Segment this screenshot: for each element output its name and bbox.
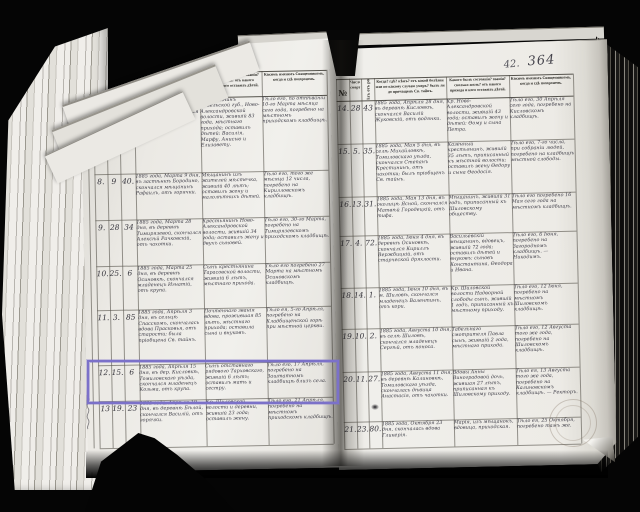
entry-burial-cell-text: Тѣло его, 12 Августа того же года, погре… (515, 324, 579, 354)
entry-when-cell-text: 1885 года, Октября 23 дня, скончалась вд… (382, 419, 454, 437)
row-day-cell: 9 (107, 174, 121, 220)
entry-when-cell: 1885 года, Августа 11 дня, въ деревнѣ Ка… (381, 369, 454, 421)
entry-when-cell-text: 1885 года, Августа 11 дня, въ деревнѣ Ка… (381, 369, 453, 399)
row-age-cell-text: 31. (364, 196, 377, 208)
row-age-cell: 43 (361, 100, 375, 143)
entry-when-cell-text: 1885 года, Марта 28 дня, въ деревнѣ Тими… (136, 218, 202, 247)
row-age-cell: 31. (364, 196, 378, 235)
book-scan-photo: 363 №Число смертиЛѣтъ отъ родуКогда? гдѣ… (0, 0, 640, 512)
entry-burial-cell: Тѣло его, 6 Іюня, погребено на Загородно… (513, 231, 578, 284)
entry-burial-cell-text: Тѣло его, 12 Іюня, погребено на мѣстномъ… (514, 283, 578, 313)
row-day-cell: 13. (352, 196, 365, 235)
row-no-cell: 18. (341, 288, 355, 329)
table-row: 11.3.851885 года, Апрѣля 3 дня, въ сельц… (97, 306, 332, 365)
entry-status-cell-text: Крестьянинъ Ново-Александровской волости… (202, 217, 264, 246)
entry-status-cell-text: Мѣщанинъ, жившій 31 годъ, приписанный къ… (449, 193, 512, 217)
row-age-cell-text: 35. (362, 143, 375, 155)
table-row: 15.5.35.1885 года, Мая 5 дня, въ селѣ Ми… (337, 139, 575, 197)
entry-when-cell: 1885 года, Апрѣля 3 дня, въ сельцѣ Спасс… (138, 308, 205, 364)
row-day-cell-text: 13. (352, 196, 364, 208)
entry-burial-cell: Тѣло его погребено 27 Марта на мѣстномъ … (265, 262, 331, 307)
column-header-label: Какого былъ состоянія? званія? сколько ж… (447, 76, 508, 93)
row-day-cell: 14. (354, 287, 367, 328)
entry-status-cell-text: Марія, изъ мѣщанокъ, вдовица, приходская… (454, 418, 517, 431)
entry-burial-cell: Тѣло его, 30 Апрѣля сего года, погребено… (509, 96, 574, 140)
entry-status-cell-text: Мѣщанинъ изъ жителей мѣстечка, жившій 40… (201, 171, 263, 200)
entry-when-cell: 1885 года, Іюня 4 дня, въ деревнѣ Осинов… (378, 234, 451, 288)
table-row: 18.14.1.1885 года, Іюня 10 дня, въ м. Ши… (341, 283, 579, 329)
entry-status-cell-text: Кр. Ново-Александровской волости, жившій… (446, 97, 509, 132)
table-row: 9.28341885 года, Марта 28 дня, въ деревн… (95, 216, 330, 266)
entry-when-cell: 1885 года, Апрѣля 28 дня, въ деревнѣ Кис… (374, 99, 447, 144)
entry-burial-cell: Тѣло его, 12 Іюня, погребено на мѣстномъ… (514, 283, 579, 325)
entry-burial-cell: Тѣло ея, 5-го Апрѣля, погребено на Кладб… (266, 306, 332, 362)
entry-when-cell: 1885 года, Октября 23 дня, скончалась вд… (382, 419, 455, 448)
entry-burial-cell-text: Тѣло его, 30-го Марта, погребено на Тими… (264, 216, 329, 240)
row-age-cell: 35. (362, 143, 376, 196)
entry-when-cell-text: 1885 года, Іюня 4 дня, въ деревнѣ Осинов… (378, 234, 450, 264)
row-age-cell: 27. (368, 371, 382, 421)
entry-when-cell: 1885 года, Августа 10 дня, въ селѣ Шилов… (380, 327, 453, 372)
entry-status-cell-text: Васильевскій мѣщанинъ, вдовецъ, жившій 7… (450, 232, 514, 273)
column-header-label: Когда? гдѣ? кѣмъ? отъ какой болѣзни или … (375, 78, 445, 95)
row-age-cell: 2. (367, 328, 381, 371)
entry-burial-cell-text: Тѣло его погребено 27 Марта на мѣстномъ … (265, 262, 330, 286)
column-header-day: Число смерти (350, 80, 360, 100)
row-age-cell-text: 43 (361, 100, 374, 112)
row-no-cell: 10. (96, 266, 109, 310)
row-day-cell-text: 28 (108, 220, 122, 232)
row-no-cell-text: 15. (337, 144, 350, 156)
entry-status-cell: Крестьянинъ Ковельской губ., Ново-Алекса… (200, 96, 263, 172)
entry-status-cell-text: Почтеннаго званія вдова, прожившая 85 лѣ… (204, 307, 266, 336)
column-header-burial: Какимъ именемъ Священникомъ, когда и гдѣ… (510, 75, 572, 96)
entry-status-cell-text: Вдовы Анны Виноградовой дочь, жившая 27 … (453, 368, 516, 397)
right-page-corner-note: 42. (503, 58, 520, 70)
column-header-label: Число смерти (350, 80, 360, 90)
entry-when-cell: 1885 года, Марта 9 дня, въ застѣнкѣ Боро… (135, 172, 202, 219)
entry-burial-cell-text: Тѣло его, 7-го числа, при собраніи людей… (510, 139, 574, 163)
entry-burial-cell: Тѣло его, 30-го Марта, погребено на Тими… (264, 216, 330, 263)
entry-burial-cell: Тѣло его погребено 16 Мая сего года на м… (512, 192, 577, 232)
entry-when-cell-text: 1885 года, Марта 9 дня, въ застѣнкѣ Боро… (135, 172, 201, 196)
row-day-cell-text: 28 (349, 100, 361, 112)
column-header-no: № (337, 80, 348, 100)
entry-when-cell: 1885 года, Мая 5 дня, въ селѣ Михайловкѣ… (375, 142, 448, 197)
row-no-cell: 13 (99, 401, 112, 448)
row-age-cell-text: 2. (367, 328, 380, 340)
row-day-cell-text: 10. (355, 328, 367, 340)
table-row: 21.23.80.1885 года, Октября 23 дня, скон… (344, 417, 582, 449)
row-no-cell-text: 14. (336, 101, 349, 113)
entry-status-cell: Кр. Ново-Александровской волости, жившій… (446, 97, 510, 141)
row-age-cell-text: 34 (121, 220, 136, 232)
entry-status-cell-text: Табельнаго смотрителя Павла сынъ, жившій… (452, 325, 515, 349)
entry-burial-cell: Тѣло его, 7-го числа, при собраніи людей… (510, 139, 575, 193)
row-no-cell: 19. (342, 329, 356, 372)
entry-status-cell: Табельнаго смотрителя Павла сынъ, жившій… (452, 325, 516, 369)
entry-burial-cell-text: Тѣло его, по отпѣваніи 10-го Марта мѣсяц… (262, 95, 327, 124)
table-row: 14.28431885 года, Апрѣля 28 дня, въ дере… (336, 96, 574, 144)
row-age-cell: 6 (122, 265, 138, 309)
row-age-cell: 34 (121, 220, 137, 266)
row-no-cell: 15. (337, 144, 351, 197)
entry-status-cell: Крестьянинъ Ново-Александровской волости… (202, 217, 265, 264)
row-day-cell: 19. (111, 401, 125, 448)
row-age-cell: 85 (123, 309, 139, 364)
entry-status-cell: Марія, изъ мѣщанокъ, вдовица, приходская… (454, 418, 518, 446)
entry-when-cell: 1885 года, Мая 13 дня, въ околицѣ Ясной,… (377, 195, 450, 236)
row-day-cell-text: 3. (110, 310, 124, 322)
row-no-cell-text: 10. (96, 266, 109, 278)
row-day-cell-text: 14. (354, 287, 366, 299)
row-age-cell-text: 85 (123, 309, 138, 321)
row-no-cell-text: 17. (340, 236, 353, 248)
row-day-cell: 10. (355, 328, 368, 371)
row-no-cell-text: 19. (342, 329, 355, 341)
record-highlight-box[interactable] (87, 360, 339, 404)
row-age-cell-text: 80. (369, 421, 382, 433)
entry-status-cell: Почтеннаго званія вдова, прожившая 85 лѣ… (204, 307, 267, 363)
table-row: 16.13.31.1885 года, Мая 13 дня, въ околи… (339, 192, 577, 236)
entry-status-cell-text: Кр. Шиловской волости Надворной слободы … (451, 284, 514, 313)
entry-when-cell: 1885 года, Марта 25 дня, въ деревнѣ Осин… (137, 264, 204, 309)
row-day-cell-text: 11. (356, 371, 368, 383)
entry-status-cell: Казенный крестьянинъ, жившій 35 лѣтъ, пр… (447, 140, 511, 194)
row-age-cell-text: 6 (122, 265, 137, 277)
row-day-cell: 11. (356, 371, 369, 421)
row-day-cell-text: 9 (107, 174, 121, 186)
entry-when-cell-text: 1885 года, Мая 13 дня, въ околицѣ Ясной,… (377, 195, 449, 219)
entry-burial-cell-text: Тѣло его, 30 Апрѣля сего года, погребено… (509, 96, 573, 120)
row-no-cell-text: 16. (339, 197, 352, 209)
row-age-cell: 72. (365, 235, 379, 287)
entry-status-cell: Мѣщанинъ изъ жителей мѣстечка, жившій 40… (201, 171, 264, 218)
entry-when-cell: 1885 года, Марта 28 дня, въ деревнѣ Тими… (136, 218, 203, 265)
entry-status-cell: Васильевскій мѣщанинъ, вдовецъ, жившій 7… (450, 232, 514, 285)
row-no-cell: 8. (94, 174, 107, 220)
row-age-cell-text: 72. (365, 235, 378, 247)
row-no-cell: 9. (95, 220, 108, 266)
entry-burial-cell-text: Тѣло ея, 13 Августа того же года, погреб… (516, 367, 580, 397)
entry-when-cell-text: 1885 года, Іюня 10 дня, въ м. Шиловѣ, ск… (379, 286, 451, 310)
row-no-cell: 21. (344, 422, 358, 449)
column-header-label: Какимъ именемъ Священникомъ, когда и гдѣ… (262, 71, 325, 82)
column-header-label: Лѣтъ отъ роду (362, 79, 373, 99)
row-age-cell-text: 40. (120, 174, 135, 186)
row-no-cell: 17. (340, 236, 354, 288)
row-age-cell-text: 1. (366, 287, 379, 299)
row-no-cell-text: 18. (341, 288, 354, 300)
row-no-cell: 14. (336, 101, 350, 144)
row-day-cell: 25. (109, 266, 123, 310)
row-day-cell-text: 23. (357, 421, 369, 433)
row-no-cell-text: 9. (95, 220, 108, 232)
row-no-cell: 16. (339, 197, 353, 236)
table-row: 19.10.2.1885 года, Августа 10 дня, въ се… (342, 324, 580, 372)
entry-when-cell-text: 1885 года, Марта 25 дня, въ деревнѣ Осин… (137, 264, 203, 293)
entry-status-cell-text: Сынъ крестьянина Тарасовской волости, жи… (203, 263, 265, 287)
row-no-cell-text: 8. (94, 174, 107, 186)
row-age-cell: 40. (120, 174, 136, 220)
entry-burial-cell: Тѣло его, 12 Августа того же года, погре… (515, 324, 580, 368)
right-page-number: 364 (527, 52, 556, 69)
entry-status-cell: Мѣщанинъ, жившій 31 годъ, приписанный къ… (449, 193, 513, 233)
row-day-cell: 28 (349, 100, 362, 143)
row-day-cell-text: 5. (350, 143, 362, 155)
row-day-cell: 28 (108, 220, 122, 266)
column-header-when: Когда? гдѣ? кѣмъ? отъ какой болѣзни или … (375, 78, 445, 100)
table-row: 8.940.1885 года, Марта 9 дня, въ застѣнк… (94, 170, 329, 220)
entry-burial-cell: Тѣло его, того же мѣсяца 12 числа, погре… (263, 170, 329, 217)
table-row: 17.4.72.1885 года, Іюня 4 дня, въ деревн… (340, 231, 578, 288)
entry-when-cell: 1885 года, Іюня 10 дня, въ м. Шиловѣ, ск… (379, 286, 452, 329)
entry-status-cell: Вдовы Анны Виноградовой дочь, жившая 27 … (453, 368, 517, 419)
row-no-cell-text: 20. (343, 372, 356, 384)
entry-when-cell-text: 1885 года, Апрѣля 28 дня, въ деревнѣ Кис… (374, 99, 446, 123)
entry-burial-cell-text: Тѣло его погребено 16 Мая сего года на м… (512, 192, 576, 210)
entry-burial-cell: Тѣло его, 21 Апрѣля, погребено на мѣстно… (268, 397, 334, 445)
entry-status-cell-text: Казенный крестьянинъ, жившій 35 лѣтъ, пр… (447, 140, 510, 175)
entry-burial-cell-text: Тѣло ея, 5-го Апрѣля, погребено на Кладб… (266, 306, 331, 330)
column-header-burial: Какимъ именемъ Священникомъ, когда и гдѣ… (262, 71, 325, 95)
entry-burial-cell-text: Тѣло его, 6 Іюня, погребено на Загородно… (513, 231, 577, 261)
table-row: 20.11.27.1885 года, Августа 11 дня, въ д… (343, 367, 581, 422)
ink-blot (371, 404, 379, 410)
column-header-status: Какого былъ состоянія? званія? сколько ж… (447, 76, 508, 97)
entry-burial-cell: Тѣло его, по отпѣваніи 10-го Марта мѣсяц… (262, 95, 328, 171)
row-age-cell: 1. (366, 287, 380, 328)
entry-when-cell-text: 1885 года, Мая 5 дня, въ селѣ Михайловкѣ… (375, 142, 448, 183)
row-day-cell: 3. (110, 310, 125, 365)
entry-status-cell: Кр. Шиловской волости Надворной слободы … (451, 284, 515, 326)
row-day-cell-text: 25. (109, 266, 123, 278)
column-header-age: Лѣтъ отъ роду (362, 79, 373, 99)
entry-burial-cell-text: Тѣло его, того же мѣсяца 12 числа, погре… (263, 170, 328, 199)
row-no-cell-text: 11. (97, 310, 110, 322)
row-no-cell-text: 21. (344, 422, 357, 434)
row-age-cell: 80. (369, 421, 383, 448)
row-no-cell: 20. (343, 372, 357, 422)
column-header-label: Какимъ именемъ Священникомъ, когда и гдѣ… (510, 75, 572, 87)
entry-when-cell-text: 1885 года, Августа 10 дня, въ селѣ Шилов… (380, 327, 452, 351)
column-header-label: № (337, 80, 348, 98)
table-row: 10.25.61885 года, Марта 25 дня, въ дерев… (96, 262, 331, 310)
entry-status-cell: Сынъ крестьянина Тарасовской волости, жи… (203, 263, 266, 308)
row-day-cell-text: 4. (353, 235, 365, 247)
row-no-cell: 11. (97, 310, 111, 365)
entry-status-cell: Кр. Шиловской волости и деревни, жившій … (206, 398, 269, 446)
row-day-cell: 23. (357, 421, 370, 448)
row-age-cell-text: 27. (368, 371, 381, 383)
entry-when-cell-text: 1885 года, Апрѣля 3 дня, въ сельцѣ Спасс… (138, 308, 204, 343)
